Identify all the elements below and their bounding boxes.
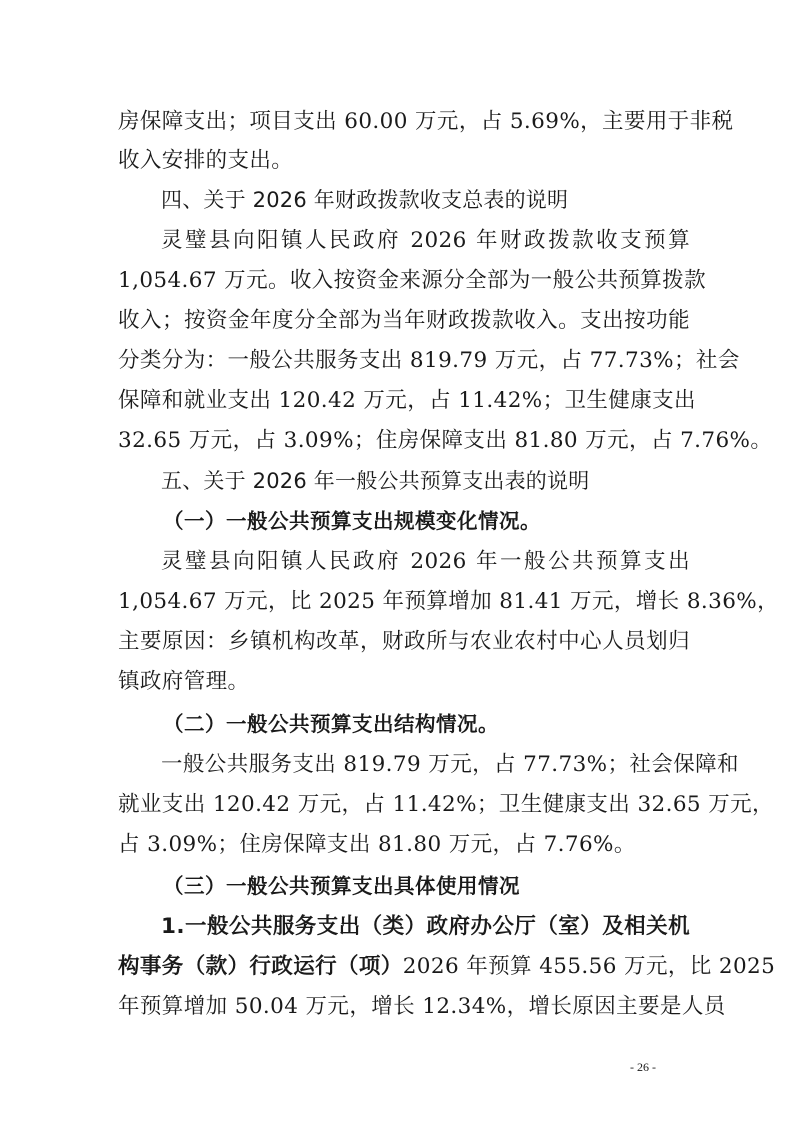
subsection-heading-2: （二）一般公共预算支出结构情况。 bbox=[163, 709, 735, 739]
item-heading-bold-part: 构事务（款）行政运行（项） bbox=[118, 952, 403, 982]
page-number: - 26 - bbox=[630, 1060, 656, 1075]
subsection-heading-1: （一）一般公共预算支出规模变化情况。 bbox=[163, 506, 735, 536]
paragraph-line: 年预算增加 50.04 万元，增长 12.34%，增长原因主要是人员 bbox=[118, 992, 690, 1022]
paragraph-line: 分类分为：一般公共服务支出 819.79 万元，占 77.73%；社会 bbox=[118, 346, 690, 376]
paragraph-line: 灵璧县向阳镇人民政府 2026 年财政拨款收支预算 bbox=[161, 226, 690, 256]
section-heading-4: 四、关于 2026 年财政拨款收支总表的说明 bbox=[161, 185, 733, 215]
item-heading-line: 1.一般公共服务支出（类）政府办公厅（室）及相关机 bbox=[161, 912, 690, 942]
paragraph-line: 1,054.67 万元，比 2025 年预算增加 81.41 万元，增长 8.3… bbox=[118, 587, 690, 617]
subsection-heading-3: （三）一般公共预算支出具体使用情况 bbox=[163, 871, 735, 901]
paragraph-line: 一般公共服务支出 819.79 万元，占 77.73%；社会保障和 bbox=[161, 750, 690, 780]
paragraph-line: 镇政府管理。 bbox=[118, 667, 690, 697]
paragraph-line-mixed: 构事务（款）行政运行（项） 2026 年预算 455.56 万元，比 2025 bbox=[118, 952, 690, 982]
document-page: 房保障支出；项目支出 60.00 万元，占 5.69%，主要用于非税 收入安排的… bbox=[0, 0, 793, 1122]
paragraph-line: 就业支出 120.42 万元，占 11.42%；卫生健康支出 32.65 万元， bbox=[118, 790, 690, 820]
paragraph-line: 占 3.09%；住房保障支出 81.80 万元，占 7.76%。 bbox=[118, 830, 690, 860]
item-heading-normal-part: 2026 年预算 455.56 万元，比 2025 bbox=[403, 952, 776, 982]
paragraph-line: 房保障支出；项目支出 60.00 万元，占 5.69%，主要用于非税 bbox=[118, 107, 690, 137]
paragraph-line: 32.65 万元，占 3.09%；住房保障支出 81.80 万元，占 7.76%… bbox=[118, 426, 690, 456]
paragraph-line: 主要原因：乡镇机构改革，财政所与农业农村中心人员划归 bbox=[118, 627, 690, 657]
section-heading-5: 五、关于 2026 年一般公共预算支出表的说明 bbox=[161, 466, 733, 496]
paragraph-line: 保障和就业支出 120.42 万元，占 11.42%；卫生健康支出 bbox=[118, 386, 690, 416]
paragraph-line: 收入安排的支出。 bbox=[118, 146, 690, 176]
paragraph-line: 灵璧县向阳镇人民政府 2026 年一般公共预算支出 bbox=[161, 547, 690, 577]
paragraph-line: 收入；按资金年度分全部为当年财政拨款收入。支出按功能 bbox=[118, 306, 690, 336]
paragraph-line: 1,054.67 万元。收入按资金来源分全部为一般公共预算拨款 bbox=[118, 266, 690, 296]
